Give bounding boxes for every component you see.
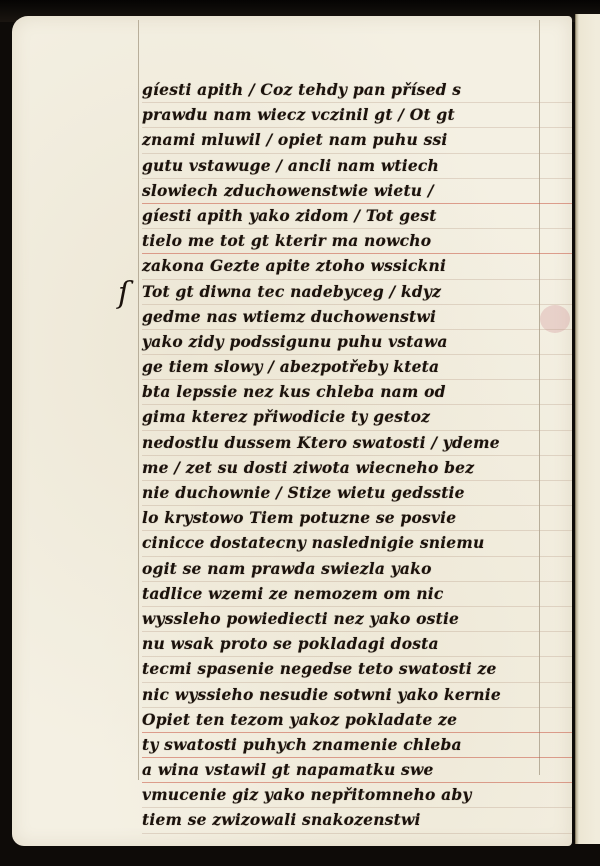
- text-line: cinicce dostatecny naslednigie sniemu: [142, 531, 572, 556]
- text-line: nic wyssieho nesudie sotwni yako kernie: [142, 683, 572, 708]
- text-line: Tot gt diwna tec nadebyceg / kdyz: [142, 280, 572, 305]
- text-line: nu wsak proto se pokladagi dosta: [142, 632, 572, 657]
- text-line: znami mluwil / opiet nam puhu ssi: [142, 128, 572, 153]
- text-line: slowiech zduchowenstwie wietu /: [142, 179, 572, 204]
- text-line: nie duchownie / Stize wietu gedsstie: [142, 481, 572, 506]
- text-line: ge tiem slowy / abezpotřeby kteta: [142, 355, 572, 380]
- text-line: gutu vstawuge / ancli nam wtiech: [142, 154, 572, 179]
- text-line: Opiet ten tezom yakoz pokladate ze: [142, 708, 572, 733]
- text-line: ty swatosti puhych znamenie chleba: [142, 733, 572, 758]
- text-line: a wina vstawil gt napamatku swe: [142, 758, 572, 783]
- marginal-bracket-mark: ſ: [118, 276, 129, 311]
- text-line: gedme nas wtiemz duchowenstwi: [142, 305, 572, 330]
- text-line: me / zet su dosti ziwota wiecneho bez: [142, 456, 572, 481]
- text-line: tecmi spasenie negedse teto swatosti ze: [142, 657, 572, 682]
- text-line: bta lepssie nez kus chleba nam od: [142, 380, 572, 405]
- adjacent-page-edge: [575, 14, 600, 844]
- text-line: lo krystowo Tiem potuzne se posvie: [142, 506, 572, 531]
- text-line: gima kterez přiwodicie ty gestoz: [142, 405, 572, 430]
- left-margin-rule: [138, 20, 139, 780]
- text-line: prawdu nam wiecz vczinil gt / Ot gt: [142, 103, 572, 128]
- text-line: gíesti apith yako zidom / Tot gest: [142, 204, 572, 229]
- text-line: zakona Gezte apite ztoho wssickni: [142, 254, 572, 279]
- text-line: tielo me tot gt kterir ma nowcho: [142, 229, 572, 254]
- text-line: nedostlu dussem Ktero swatosti / ydeme: [142, 431, 572, 456]
- text-line: vmucenie giz yako nepřitomneho aby: [142, 783, 572, 808]
- text-block: gíesti apith / Coz tehdy pan přísed s pr…: [142, 78, 572, 834]
- text-line: tadlice wzemi ze nemozem om nic: [142, 582, 572, 607]
- text-line: wyssleho powiediecti nez yako ostie: [142, 607, 572, 632]
- text-line: tiem se zwizowali snakozenstwi: [142, 808, 572, 833]
- text-line: gíesti apith / Coz tehdy pan přísed s: [142, 78, 572, 103]
- text-line: ogit se nam prawda swiezla yako: [142, 557, 572, 582]
- text-line: yako zidy podssigunu puhu vstawa: [142, 330, 572, 355]
